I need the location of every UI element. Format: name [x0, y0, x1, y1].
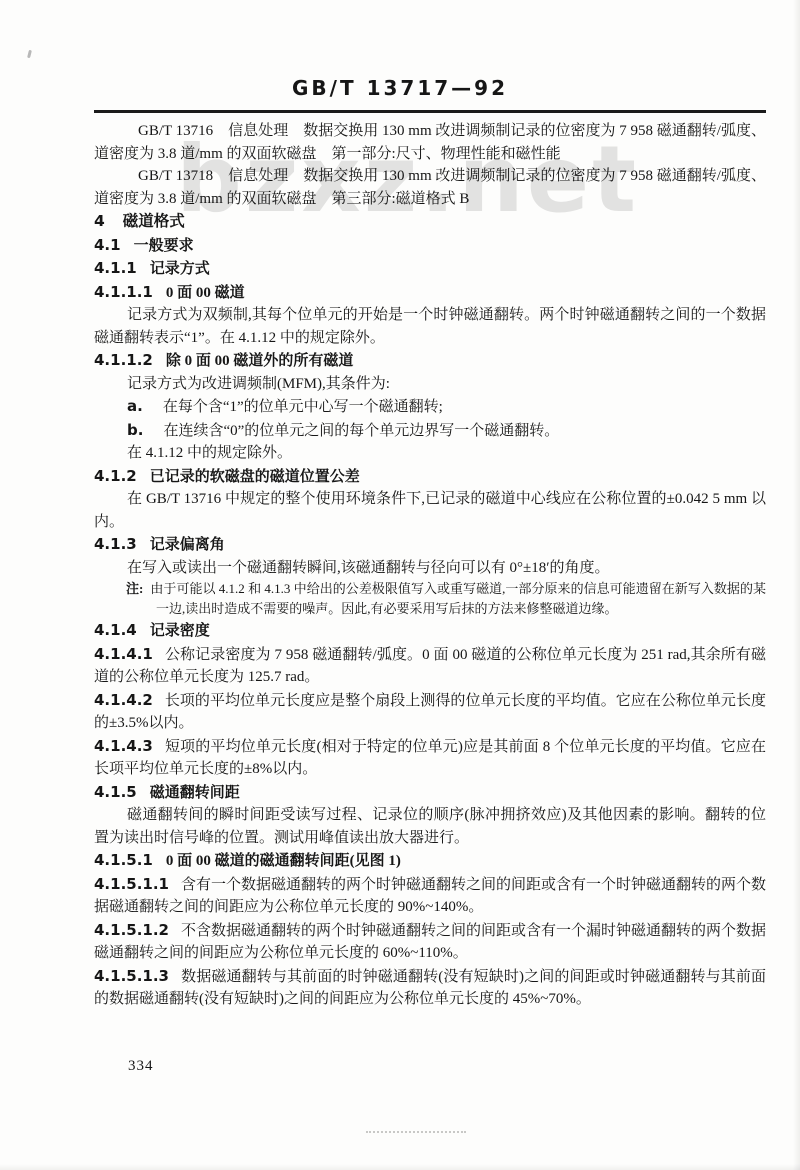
scan-artifact-speck	[27, 50, 32, 58]
section-heading: 4磁道格式	[94, 210, 766, 234]
numbered-clause: 4.1.4.3短项的平均位单元长度(相对于特定的位单元)应是其前面 8 个位单元…	[94, 735, 766, 781]
clause-number: 4.1.1	[94, 259, 137, 277]
numbered-clause: 4.1.5.1.2不含数据磁通翻转的两个时钟磁通翻转之间的间距或含有一个漏时钟磁…	[94, 919, 766, 965]
reference-paragraph: GB/T 13716 信息处理 数据交换用 130 mm 改进调频制记录的位密度…	[94, 120, 766, 165]
clause-title: 记录方式	[150, 261, 210, 277]
clause-number: 4.1.1.2	[94, 351, 153, 369]
clause-title: 除 0 面 00 磁道外的所有磁道	[166, 353, 354, 369]
clause-heading: 4.1一般要求	[94, 234, 766, 258]
clause-number: 4.1.4.3	[94, 737, 153, 755]
clause-title: 磁道格式	[123, 213, 185, 230]
standard-number-header: GB/T 13717—92	[0, 76, 800, 100]
numbered-clause: 4.1.5.1.3数据磁通翻转与其前面的时钟磁通翻转(没有短缺时)之间的间距或时…	[94, 965, 766, 1011]
clause-number: 4.1.5.1.1	[94, 875, 169, 893]
clause-title: 磁通翻转间距	[150, 785, 240, 801]
clause-heading: 4.1.2已记录的软磁盘的磁道位置公差	[94, 465, 766, 489]
page-number: 334	[128, 1058, 154, 1075]
list-item: a.在每个含“1”的位单元中心写一个磁通翻转;	[94, 395, 766, 419]
numbered-clause: 4.1.4.2长项的平均位单元长度应是整个扇段上测得的位单元长度的平均值。它应在…	[94, 689, 766, 735]
clause-number: 4.1.1.1	[94, 283, 153, 301]
clause-heading: 4.1.1记录方式	[94, 257, 766, 281]
clause-number: 4.1	[94, 236, 121, 254]
clause-number: 4.1.5	[94, 783, 137, 801]
numbered-clause: 4.1.4.1公称记录密度为 7 958 磁通翻转/弧度。0 面 00 磁道的公…	[94, 643, 766, 689]
clause-number: 4.1.4.2	[94, 691, 153, 709]
note-label: 注:	[126, 581, 143, 596]
paragraph: 在 4.1.12 中的规定除外。	[94, 442, 766, 465]
document-page: bzxz.net GB/T 13717—92 GB/T 13716 信息处理 数…	[0, 0, 800, 1170]
paragraph: 记录方式为改进调频制(MFM),其条件为:	[94, 373, 766, 396]
paragraph: 在写入或读出一个磁通翻转瞬间,该磁通翻转与径向可以有 0°±18′的角度。	[94, 557, 766, 580]
clause-number: 4.1.4	[94, 621, 137, 639]
scan-edge-shadow-bottom	[0, 1164, 800, 1170]
clause-number: 4.1.5.1.2	[94, 921, 169, 939]
clause-title: 0 面 00 磁道	[166, 285, 245, 301]
paragraph: 磁通翻转间的瞬时间距受读写过程、记录位的顺序(脉冲拥挤效应)及其他因素的影响。翻…	[94, 804, 766, 849]
scan-artifact-dash	[366, 1131, 466, 1133]
clause-heading: 4.1.4记录密度	[94, 619, 766, 643]
paragraph: 在 GB/T 13716 中规定的整个使用环境条件下,已记录的磁道中心线应在公称…	[94, 488, 766, 533]
clause-title: 记录密度	[150, 623, 210, 639]
reference-paragraph: GB/T 13718 信息处理 数据交换用 130 mm 改进调频制记录的位密度…	[94, 165, 766, 210]
list-item: b.在连续含“0”的位单元之间的每个单元边界写一个磁通翻转。	[94, 419, 766, 443]
header-rule	[94, 110, 766, 113]
clause-title: 0 面 00 磁道的磁通翻转间距(见图 1)	[166, 853, 401, 869]
clause-number: 4	[94, 212, 105, 230]
clause-heading: 4.1.5磁通翻转间距	[94, 781, 766, 805]
note: 注:由于可能以 4.1.2 和 4.1.3 中给出的公差极限值写入或重写磁道,一…	[94, 579, 766, 619]
clause-title: 记录偏离角	[150, 537, 225, 553]
clause-number: 4.1.5.1.3	[94, 967, 169, 985]
clause-title: 已记录的软磁盘的磁道位置公差	[150, 469, 360, 485]
clause-number: 4.1.5.1	[94, 851, 153, 869]
paragraph: 记录方式为双频制,其每个位单元的开始是一个时钟磁通翻转。两个时钟磁通翻转之间的一…	[94, 304, 766, 349]
list-marker: a.	[127, 397, 143, 415]
numbered-clause: 4.1.5.1.1含有一个数据磁通翻转的两个时钟磁通翻转之间的间距或含有一个时钟…	[94, 873, 766, 919]
clause-heading: 4.1.3记录偏离角	[94, 533, 766, 557]
clause-number: 4.1.2	[94, 467, 137, 485]
clause-number: 4.1.3	[94, 535, 137, 553]
clause-heading: 4.1.1.10 面 00 磁道	[94, 281, 766, 305]
document-content: GB/T 13716 信息处理 数据交换用 130 mm 改进调频制记录的位密度…	[94, 120, 766, 1011]
scan-edge-shadow-right	[793, 0, 800, 1170]
clause-number: 4.1.4.1	[94, 645, 153, 663]
clause-heading: 4.1.1.2除 0 面 00 磁道外的所有磁道	[94, 349, 766, 373]
clause-title: 一般要求	[134, 238, 194, 254]
clause-heading: 4.1.5.10 面 00 磁道的磁通翻转间距(见图 1)	[94, 849, 766, 873]
list-marker: b.	[127, 421, 143, 439]
